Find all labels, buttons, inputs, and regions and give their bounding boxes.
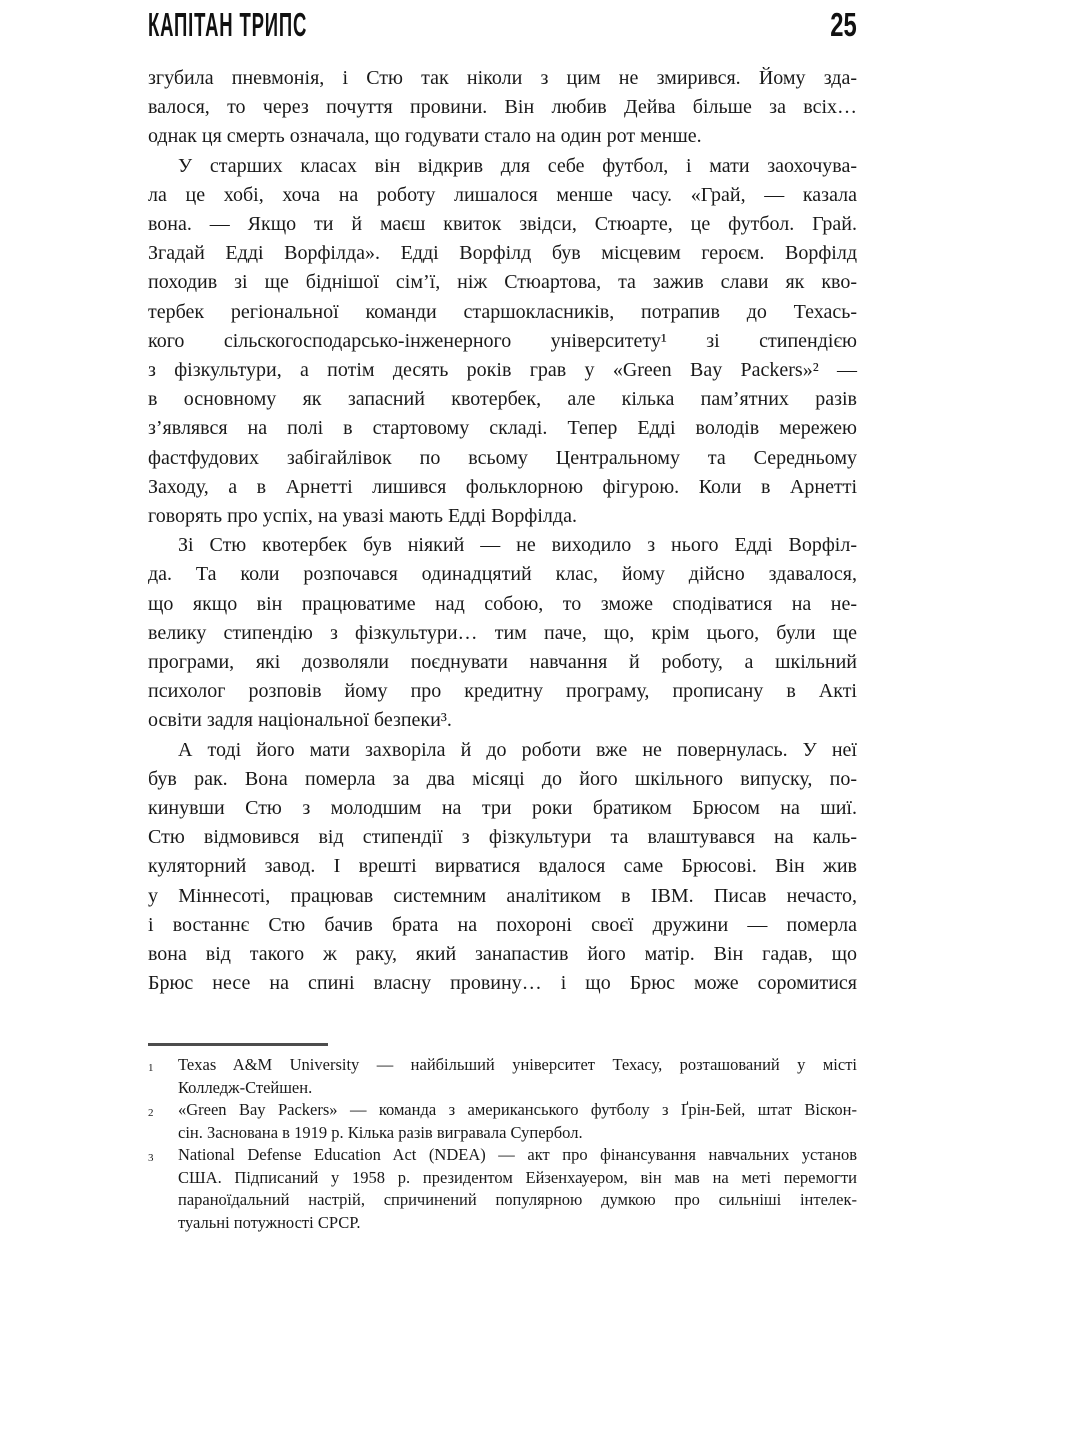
- text-line: Згадай Едді Ворфілда». Едді Ворфілд був …: [148, 239, 857, 268]
- text-line: програми, які дозволяли поєднувати навча…: [148, 648, 857, 677]
- paragraph: У старших класах він відкрив для себе фу…: [148, 152, 857, 532]
- text-line: психолог розповів йому про кредитну прог…: [148, 677, 857, 706]
- footnote-text: Texas A&M University — найбільший універ…: [178, 1054, 857, 1099]
- book-page: КАПІТАН ТРИПС 25 згубила пневмонія, і Ст…: [0, 0, 1080, 1440]
- page-number: 25: [820, 8, 857, 41]
- text-line: у Міннесоті, працював системним аналітик…: [148, 882, 857, 911]
- paragraph: Зі Стю квотербек був ніякий — не виходил…: [148, 531, 857, 735]
- text-line: Зі Стю квотербек був ніякий — не виходил…: [148, 531, 857, 560]
- text-line: куляторний завод. І врешті вирватися вда…: [148, 852, 857, 881]
- footnote-marker: 3: [148, 1144, 178, 1234]
- text-line: однак ця смерть означала, що годувати ст…: [148, 122, 857, 151]
- footnote: 1 Texas A&M University — найбільший унів…: [148, 1054, 857, 1099]
- text-line: і востаннє Стю бачив брата на похороні с…: [148, 911, 857, 940]
- text-line: Стю відмовився від стипендії з фізкульту…: [148, 823, 857, 852]
- footnote-line: «Green Bay Packers» — команда з американ…: [178, 1099, 857, 1122]
- footnote: 2 «Green Bay Packers» — команда з америк…: [148, 1099, 857, 1144]
- footnote-line: США. Підписаний у 1958 р. президентом Ей…: [178, 1167, 857, 1190]
- text-line: У старших класах він відкрив для себе фу…: [148, 152, 857, 181]
- text-line: фастфудових забігайлівок по всьому Центр…: [148, 444, 857, 473]
- text-line: з’являвся на полі в стартовому складі. Т…: [148, 414, 857, 443]
- body-text: згубила пневмонія, і Стю так ніколи з ци…: [148, 64, 857, 999]
- text-line: да. Та коли розпочався одинадцятий клас,…: [148, 560, 857, 589]
- text-line: Заходу, а в Арнетті лишився фольклорною …: [148, 473, 857, 502]
- paragraph: згубила пневмонія, і Стю так ніколи з ци…: [148, 64, 857, 152]
- text-line: кинувши Стю з молодшим на три роки брати…: [148, 794, 857, 823]
- running-header: КАПІТАН ТРИПС: [148, 8, 432, 41]
- text-line: А тоді його мати захворіла й до роботи в…: [148, 736, 857, 765]
- footnote-line: параноїдальний настрій, спричинений попу…: [178, 1189, 857, 1212]
- text-line: з фізкультури, а потім десять років грав…: [148, 356, 857, 385]
- paragraph: А тоді його мати захворіла й до роботи в…: [148, 736, 857, 999]
- text-line: згубила пневмонія, і Стю так ніколи з ци…: [148, 64, 857, 93]
- footnote-line: туальні потужності СРСР.: [178, 1212, 857, 1235]
- page-number-value: 25: [831, 8, 857, 41]
- text-line: велику стипендію з фізкультури… тим паче…: [148, 619, 857, 648]
- footnote-text: «Green Bay Packers» — команда з американ…: [178, 1099, 857, 1144]
- footnote-line: Texas A&M University — найбільший універ…: [178, 1054, 857, 1077]
- footnote-line: сін. Заснована в 1919 р. Кілька разів ви…: [178, 1122, 857, 1145]
- text-line: вона від такого ж раку, який занапастив …: [148, 940, 857, 969]
- text-line: ла це хобі, хоча на роботу лишалося менш…: [148, 181, 857, 210]
- footnote: 3 National Defense Education Act (NDEA) …: [148, 1144, 857, 1234]
- running-header-title: КАПІТАН ТРИПС: [148, 8, 307, 41]
- footnote-separator: [148, 1043, 328, 1046]
- footnotes: 1 Texas A&M University — найбільший унів…: [148, 1054, 857, 1234]
- footnote-text: National Defense Education Act (NDEA) — …: [178, 1144, 857, 1234]
- footnote-marker: 2: [148, 1099, 178, 1144]
- footnote-marker: 1: [148, 1054, 178, 1099]
- text-line: вона. — Якщо ти й маєш квиток звідси, Ст…: [148, 210, 857, 239]
- text-line: походив зі ще біднішої сім’ї, ніж Стюарт…: [148, 268, 857, 297]
- text-line: освіти задля національної безпеки³.: [148, 706, 857, 735]
- footnote-line: National Defense Education Act (NDEA) — …: [178, 1144, 857, 1167]
- text-line: валося, то через почуття провини. Він лю…: [148, 93, 857, 122]
- text-line: Брюс несе на спині власну провину… і що …: [148, 969, 857, 998]
- text-line: говорять про успіх, на увазі мають Едді …: [148, 502, 857, 531]
- footnote-line: Колледж-Стейшен.: [178, 1077, 857, 1100]
- text-line: був рак. Вона померла за два місяці до й…: [148, 765, 857, 794]
- text-line: в основному як запасний квотербек, але к…: [148, 385, 857, 414]
- text-line: що якщо він працюватиме над собою, то зм…: [148, 590, 857, 619]
- text-line: тербек регіональної команди старшокласни…: [148, 298, 857, 327]
- text-line: кого сільскогосподарсько-інженерного уні…: [148, 327, 857, 356]
